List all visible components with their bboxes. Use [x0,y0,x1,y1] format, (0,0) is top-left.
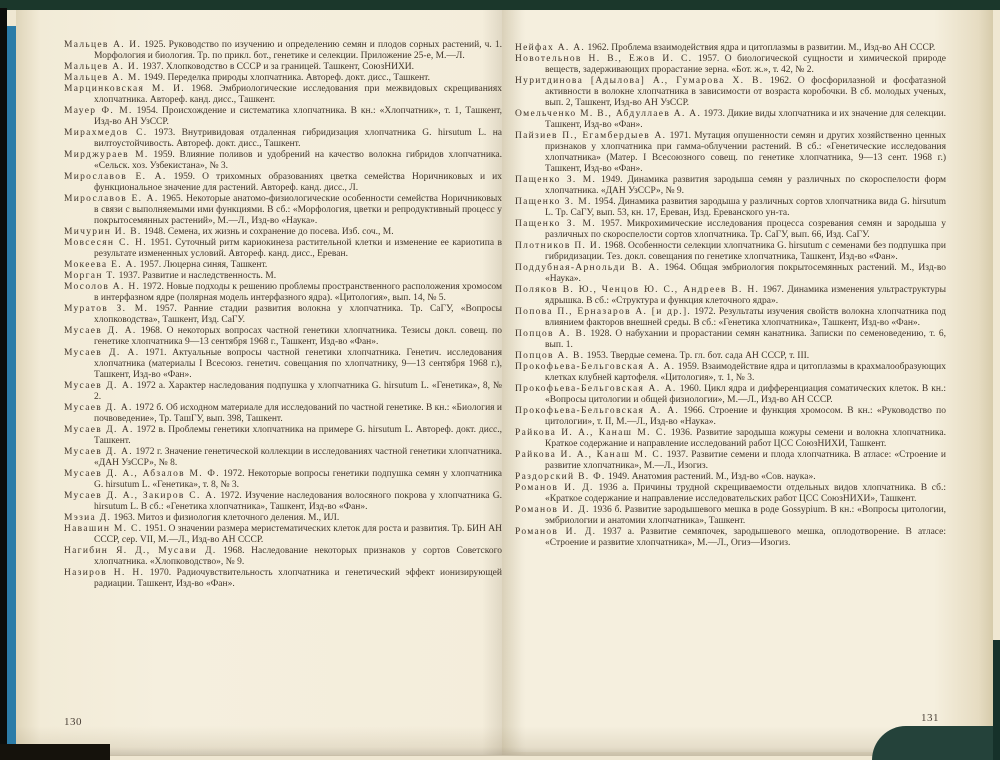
entry-text: 1936 а. Причины трудной скрещиваемости о… [545,483,946,504]
bibliography-entry: Мусаев Д. А., Абзалов М. Ф. 1972. Некото… [64,469,502,491]
bibliography-entry: Нейфах А. А. 1962. Проблема взаимодейств… [515,43,946,54]
bibliography-entry: Прокофьева-Бельговская А. А. 1959. Взаим… [515,362,946,384]
entry-text: 1968. О некоторых вопросах частной генет… [94,326,502,347]
entry-author: Раздорский В. Ф. [515,472,606,482]
entry-text: 1972 а. Характер наследования подпушка у… [94,381,502,402]
entry-author: Прокофьева-Бельговская А. А. [515,362,675,372]
entry-author: Мусаев Д. А. [64,447,133,457]
entry-text: 1937. Развитие и наследственность. М. [116,271,276,281]
bibliography-entry: Пащенко З. М. 1949. Динамика развития за… [515,175,946,197]
bibliography-entry: Мальцев А. И. 1937. Хлопководство в СССР… [64,62,502,73]
entry-author: Мусаев Д. А. [64,381,134,391]
entry-text: 1951. О значении размера меристематическ… [94,524,502,545]
entry-text: 1936 б. Развитие зародышевого мешка в ро… [545,505,946,526]
entry-text: 1957. Люцерна синяя, Ташкент. [137,260,267,270]
entry-text: 1951. Суточный ритм кариокинеза растител… [94,238,502,259]
entry-text: 1972 г. Значение генетической коллекции … [94,447,502,468]
entry-text: 1953. Твердые семена. Тр. гл. бот. сада … [584,351,809,361]
bibliography-entry: Мирославов Е. А. 1965. Некоторые анатомо… [64,194,502,227]
entry-author: Морган Т. [64,271,116,281]
bibliography-entry: Мальцев А. М. 1949. Переделка природы хл… [64,73,502,84]
entry-author: Омельченко М. В., Абдуллаев А. А. [515,109,701,119]
bibliography-entry: Мовсесян С. Н. 1951. Суточный ритм карио… [64,238,502,260]
bibliography-entry: Поляков В. Ю., Ченцов Ю. С., Андреев В. … [515,285,946,307]
bibliography-entry: Мусаев Д. А. 1972 а. Характер наследован… [64,381,502,403]
entry-text: 1954. Динамика развития зародыша у разли… [545,197,946,218]
bibliography-entry: Навашин М. С. 1951. О значении размера м… [64,524,502,546]
bibliography-right-column: Нейфах А. А. 1962. Проблема взаимодейств… [515,43,946,549]
entry-author: Мовсесян С. Н. [64,238,147,248]
entry-text: 1949. Динамика развития зародыша семян у… [545,175,946,196]
entry-author: Прокофьева-Бельговская А. А. [515,406,679,416]
entry-text: 1959. Влияние поливов и удобрений на кач… [94,150,502,171]
bibliography-entry: Мусаев Д. А. 1971. Актуальные вопросы ча… [64,348,502,381]
bibliography-entry: Мирославов Е. А. 1959. О трихомных образ… [64,172,502,194]
entry-author: Новотельнов Н. В., Ежов И. С. [515,54,692,64]
page-bottom-shadow [16,726,993,756]
bibliography-entry: Мокеева Е. А. 1957. Люцерна синяя, Ташке… [64,260,502,271]
entry-author: Романов И. Д. [515,505,590,515]
bibliography-entry: Назиров Н. Н. 1970. Радиочувствительност… [64,568,502,590]
bibliography-entry: Романов И. Д. 1936 б. Развитие зародышев… [515,505,946,527]
bibliography-entry: Раздорский В. Ф. 1949. Анатомия растений… [515,472,946,483]
bibliography-entry: Поддубная-Арнольди В. А. 1964. Общая эмб… [515,263,946,285]
bibliography-entry: Пайзиев П., Егамбердыев А. 1971. Мутация… [515,131,946,175]
entry-text: 1972 в. Проблемы генетики хлопчатника на… [94,425,502,446]
bibliography-entry: Мичурин И. В. 1948. Семена, их жизнь и с… [64,227,502,238]
bibliography-entry: Пащенко З. М. 1954. Динамика развития за… [515,197,946,219]
entry-author: Романов И. Д. [515,483,594,493]
entry-author: Пащенко З. М. [515,197,592,207]
entry-author: Попцов А. В. [515,351,584,361]
entry-author: Мичурин И. В. [64,227,142,237]
bibliography-entry: Мауер Ф. М. 1954. Происхождение и систем… [64,106,502,128]
entry-author: Романов И. Д. [515,527,596,537]
bibliography-entry: Попцов А. В. 1928. О набухании и прораст… [515,329,946,351]
book-cover-bottom-right-corner [872,726,1000,760]
entry-author: Мальцев А. И. [64,62,140,72]
entry-author: Нуритдинова [Адылова] А., Гумарова Х. В. [515,76,763,86]
entry-author: Мусаев Д. А., Абзалов М. Ф. [64,469,220,479]
bibliography-entry: Нагибин Я. Д., Мусави Д. 1968. Наследова… [64,546,502,568]
entry-author: Назиров Н. Н. [64,568,144,578]
bibliography-entry: Мусаев Д. А. 1968. О некоторых вопросах … [64,326,502,348]
entry-author: Нагибин Я. Д., Мусави Д. [64,546,217,556]
bibliography-entry: Мосолов А. Н. 1972. Новые подходы к реше… [64,282,502,304]
bibliography-entry: Плотников П. И. 1968. Особенности селекц… [515,241,946,263]
entry-author: Поляков В. Ю., Ченцов Ю. С., Андреев В. … [515,285,759,295]
bibliography-entry: Мирджураев М. 1959. Влияние поливов и уд… [64,150,502,172]
bibliography-entry: Мэзиа Д. 1963. Митоз и физиология клеточ… [64,513,502,524]
entry-author: Нейфах А. А. [515,43,585,53]
entry-text: 1937 а. Развитие семяпочек, зародышевого… [545,527,946,548]
entry-author: Мусаев Д. А. [64,425,134,435]
bibliography-left-column: Мальцев А. И. 1925. Руководство по изуче… [64,40,502,590]
book-cover-bottom-left-corner [0,744,110,760]
entry-text: 1957. Микрохимические исследования проце… [545,219,946,240]
bibliography-entry: Мальцев А. И. 1925. Руководство по изуче… [64,40,502,62]
page-number-right: 131 [921,712,939,724]
entry-text: 1937. Хлопководство в СССР и за границей… [140,62,414,72]
bibliography-entry: Марцинковская М. И. 1968. Эмбриологическ… [64,84,502,106]
entry-author: Попова П., Ерназаров А. [и др.]. [515,307,691,317]
bibliography-entry: Морган Т. 1937. Развитие и наследственно… [64,271,502,282]
entry-text: 1971. Актуальные вопросы частной генетик… [94,348,502,380]
book-cover-blue-edge [7,26,16,760]
bibliography-entry: Попцов А. В. 1953. Твердые семена. Тр. г… [515,351,946,362]
entry-text: 1968. Особенности селекции хлопчатника G… [545,241,946,262]
bibliography-entry: Райкова И. А., Канаш М. С. 1936. Развити… [515,428,946,450]
book-cover-right-edge [993,640,1000,760]
entry-text: 1972. Новые подходы к решению проблемы п… [94,282,502,303]
entry-author: Поддубная-Арнольди В. А. [515,263,660,273]
entry-text: 1970. Радиочувствительность хлопчатника … [94,568,502,589]
bibliography-entry: Прокофьева-Бельговская А. А. 1960. Цикл … [515,384,946,406]
entry-author: Пащенко З. М. [515,175,596,185]
entry-author: Райкова И. А., Канаш М. С. [515,428,667,438]
bibliography-entry: Попова П., Ерназаров А. [и др.]. 1972. Р… [515,307,946,329]
entry-text: 1949. Анатомия растений. М., Изд-во «Сов… [606,472,816,482]
bibliography-entry: Райкова И. А., Канаш М. С. 1937. Развити… [515,450,946,472]
bibliography-entry: Муратов З. М. 1957. Ранние стадии развит… [64,304,502,326]
entry-text: 1963. Митоз и физиология клеточного деле… [111,513,339,523]
entry-author: Мокеева Е. А. [64,260,137,270]
entry-text: 1949. Переделка природы хлопчатника. Авт… [141,73,430,83]
entry-author: Райкова И. А., Канаш М. С. [515,450,664,460]
entry-text: 1973. Внутривидовая отдаленная гибридиза… [94,128,502,149]
bibliography-entry: Прокофьева-Бельговская А. А. 1966. Строе… [515,406,946,428]
entry-author: Навашин М. С. [64,524,142,534]
bibliography-entry: Нуритдинова [Адылова] А., Гумарова Х. В.… [515,76,946,109]
bibliography-entry: Мусаев Д. А., Закиров С. А. 1972. Изучен… [64,491,502,513]
entry-author: Пайзиев П., Егамбердыев А. [515,131,666,141]
entry-text: 1962. Проблема взаимодействия ядра и цит… [585,43,935,53]
entry-text: 1957. Ранние стадии развития волокна у х… [94,304,502,325]
bibliography-entry: Мусаев Д. А. 1972 в. Проблемы генетики х… [64,425,502,447]
entry-author: Мирославов Е. А. [64,172,167,182]
entry-author: Мосолов А. Н. [64,282,140,292]
bibliography-entry: Пащенко З. М. 1957. Микрохимические иссл… [515,219,946,241]
entry-author: Мэзиа Д. [64,513,111,523]
entry-author: Пащенко З. М. [515,219,596,229]
entry-author: Попцов А. В. [515,329,587,339]
entry-text: 1972 б. Об исходном материале для исслед… [94,403,502,424]
entry-author: Мауер Ф. М. [64,106,133,116]
entry-author: Мусаев Д. А., Закиров С. А. [64,491,217,501]
entry-author: Мальцев А. И. [64,40,141,50]
entry-author: Мальцев А. М. [64,73,141,83]
entry-text: 1948. Семена, их жизнь и сохранение до п… [142,227,394,237]
entry-text: 1928. О набухании и прорастании семян ка… [545,329,946,350]
entry-author: Мусаев Д. А. [64,326,137,336]
bibliography-entry: Омельченко М. В., Абдуллаев А. А. 1973. … [515,109,946,131]
bibliography-entry: Романов И. Д. 1937 а. Развитие семяпочек… [515,527,946,549]
bibliography-entry: Новотельнов Н. В., Ежов И. С. 1957. О би… [515,54,946,76]
book-spine-shadow [0,8,7,760]
entry-author: Мусаев Д. А. [64,403,133,413]
entry-text: 1925. Руководство по изучению и определе… [94,40,502,61]
bibliography-entry: Мирахмедов С. 1973. Внутривидовая отдале… [64,128,502,150]
book-cover-top-edge [0,0,1000,10]
entry-author: Мирославов Е. А. [64,194,159,204]
entry-author: Мусаев Д. А. [64,348,139,358]
entry-author: Мирджураев М. [64,150,149,160]
entry-author: Прокофьева-Бельговская А. А. [515,384,677,394]
entry-text: 1954. Происхождение и систематика хлопча… [94,106,502,127]
bibliography-entry: Мусаев Д. А. 1972 б. Об исходном материа… [64,403,502,425]
bibliography-entry: Мусаев Д. А. 1972 г. Значение генетическ… [64,447,502,469]
bibliography-entry: Романов И. Д. 1936 а. Причины трудной ск… [515,483,946,505]
entry-author: Мирахмедов С. [64,128,147,138]
entry-author: Марцинковская М. И. [64,84,185,94]
entry-author: Муратов З. М. [64,304,148,314]
entry-author: Плотников П. И. [515,241,602,251]
